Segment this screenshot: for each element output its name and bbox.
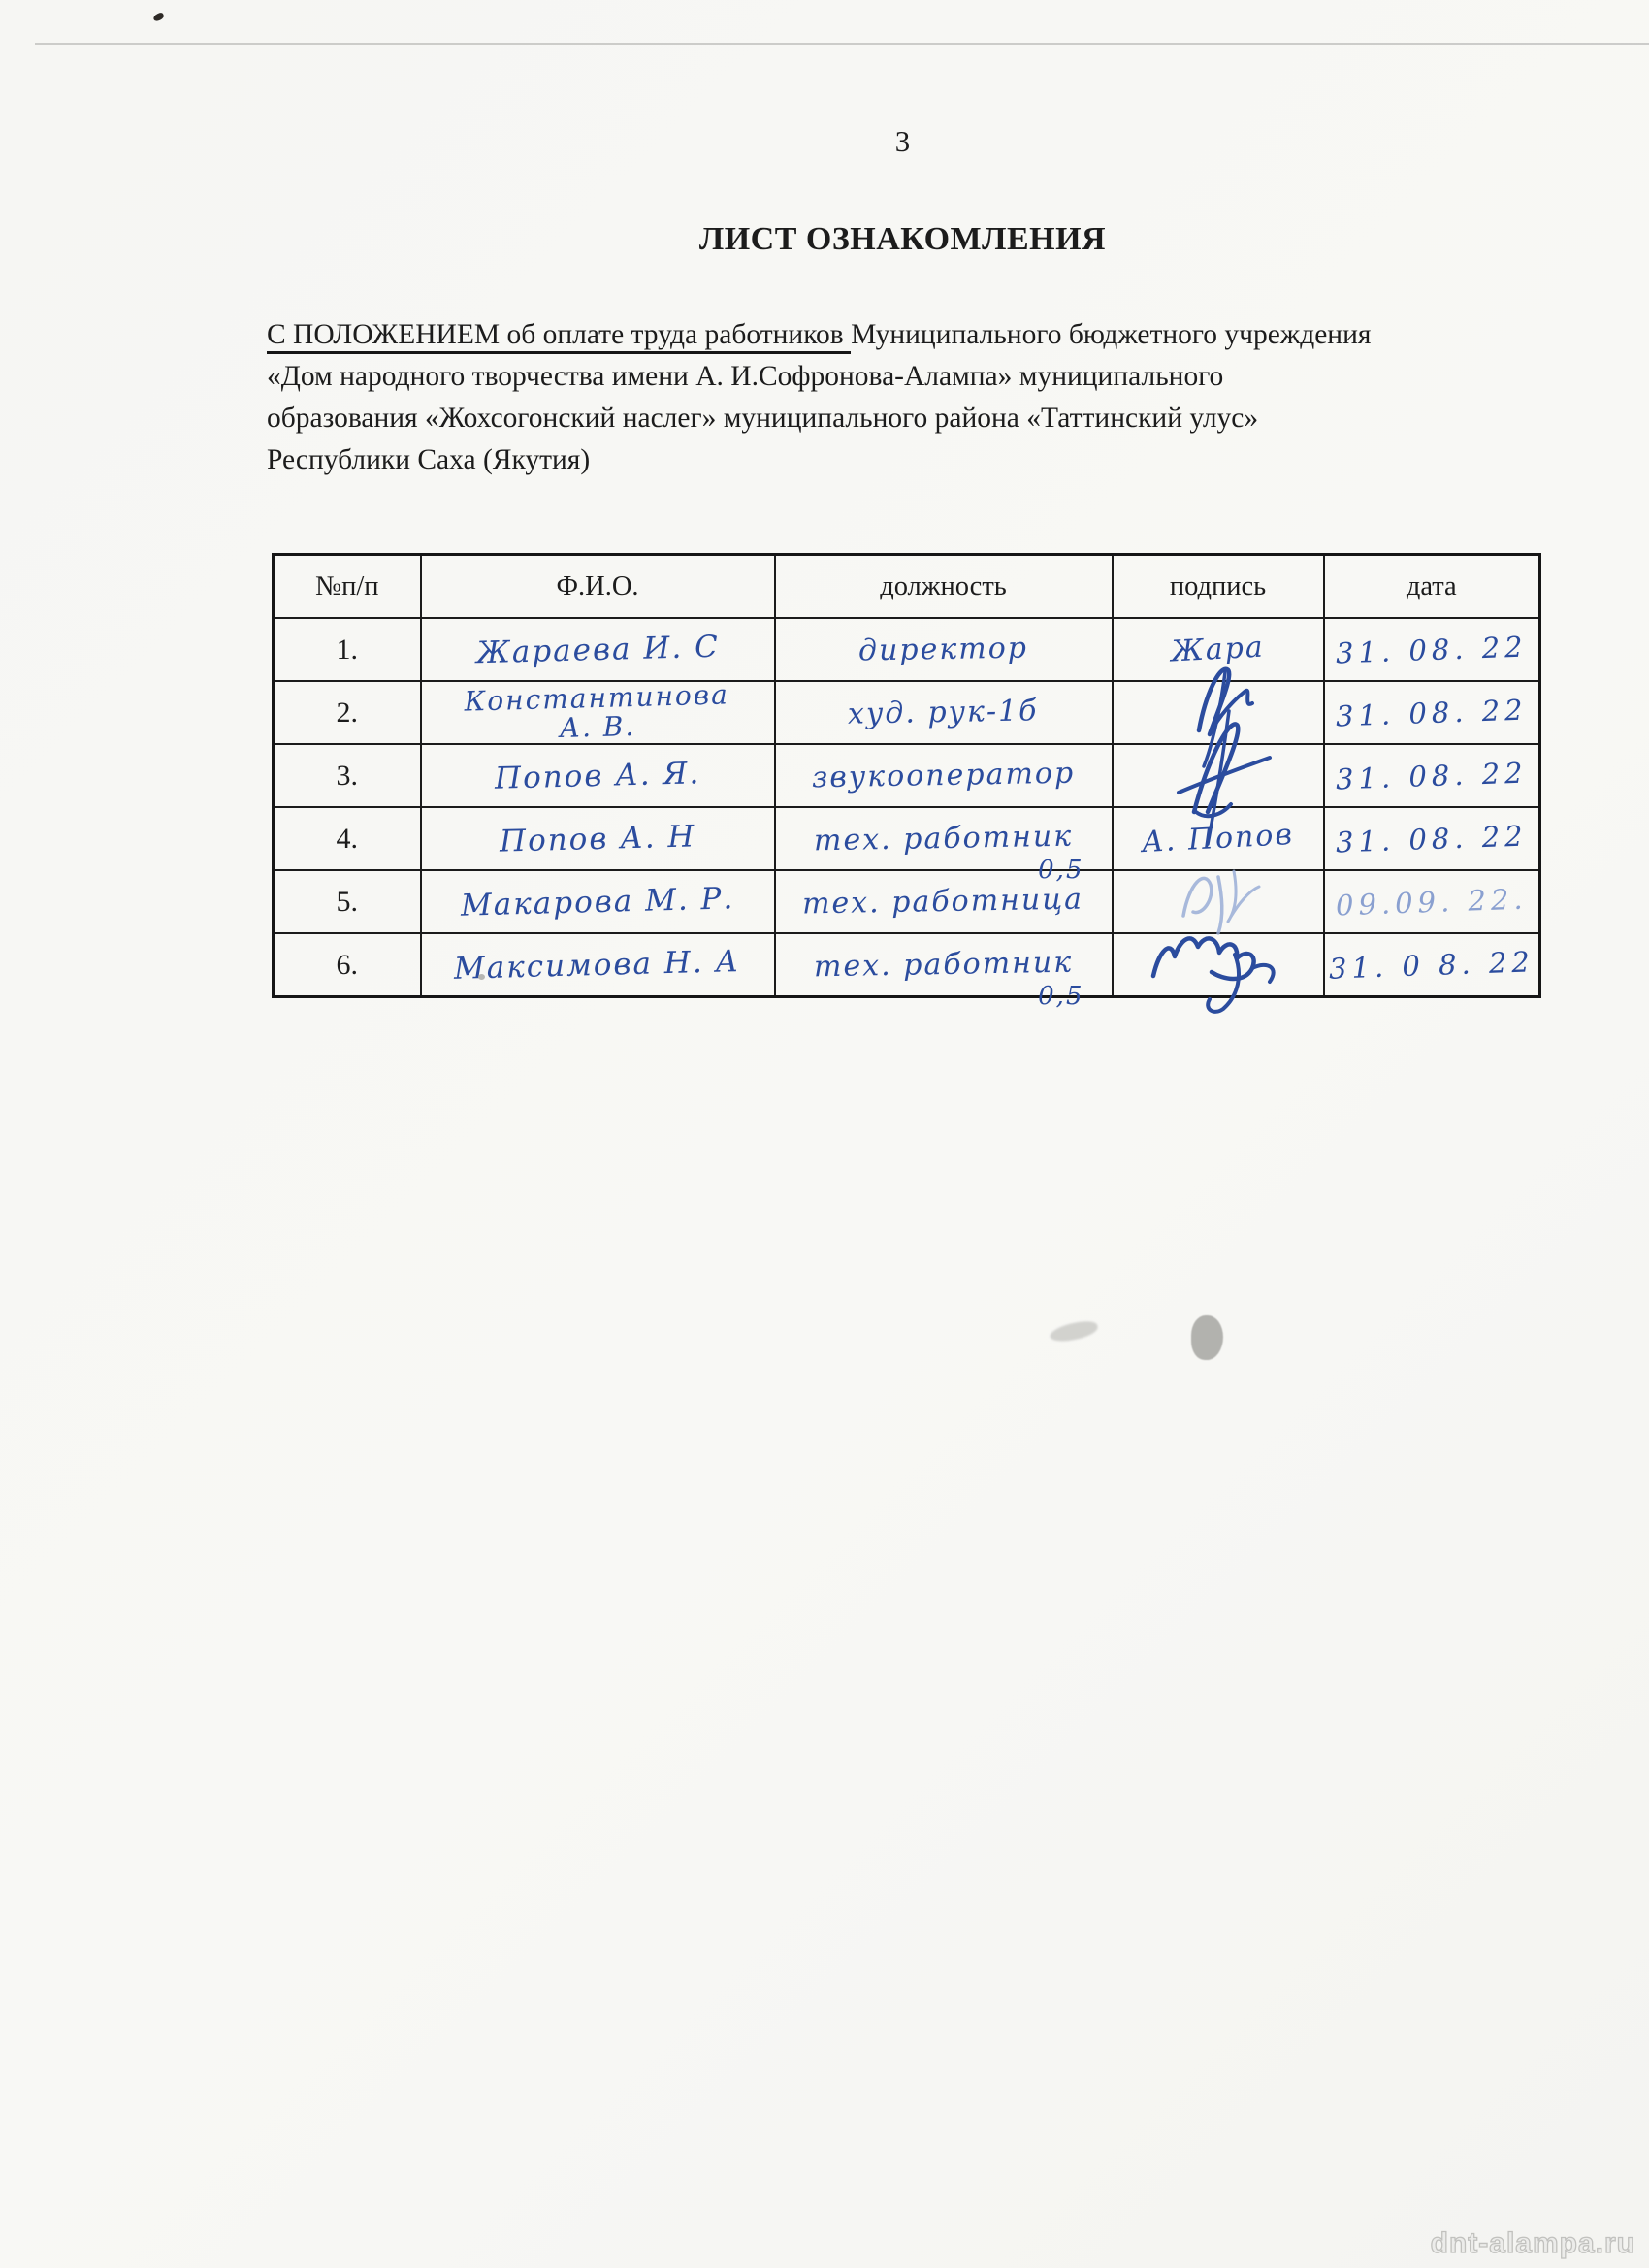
site-watermark: dnt-alampa.ru (1431, 2227, 1635, 2260)
handwritten-position: тех. работница (802, 882, 1084, 921)
document-title: ЛИСТ ОЗНАКОМЛЕНИЯ (267, 221, 1538, 258)
handwritten-position: звукооператор (812, 757, 1076, 795)
position-cell: директор (775, 618, 1113, 681)
intro-line-1-rest: Муниципального бюджетного учреждения (851, 319, 1371, 350)
handwritten-position-fraction: 0,5 (1038, 856, 1083, 885)
fio-cell: КонстантиноваА. В. (421, 681, 775, 744)
handwritten-name: Жараева И. С (475, 629, 720, 670)
intro-line-3: образования «Жохсогонский наслег» муници… (267, 398, 1371, 439)
handwritten-date: 31. 08. 22 (1335, 819, 1528, 859)
date-cell: 31. 08. 22 (1324, 744, 1540, 807)
header-num: №п/п (274, 555, 421, 619)
row-number-cell: 6. (274, 933, 421, 997)
handwritten-date: 31. 08. 22 (1335, 693, 1528, 732)
handwritten-position-fraction: 0,5 (1038, 982, 1083, 1011)
date-cell: 31. 0 8. 22 (1324, 933, 1540, 997)
position-cell: тех. работник 0,5 (775, 933, 1113, 997)
signature-table: №п/п Ф.И.О. должность подпись дата 1. Жа… (272, 553, 1541, 998)
table-row: 3. Попов А. Я. звукооператор 31. 08. 22 (274, 744, 1540, 807)
header-date: дата (1324, 555, 1540, 619)
signature-scribble (1126, 912, 1310, 1019)
intro-line-4: Республики Саха (Якутия) (267, 439, 1371, 481)
table-header-row: №п/п Ф.И.О. должность подпись дата (274, 555, 1540, 619)
signature-cell (1113, 933, 1324, 997)
fio-cell: Попов А. Я. (421, 744, 775, 807)
scan-artifact-speck (152, 12, 165, 22)
handwritten-position: худ. рук-1б (848, 694, 1039, 730)
fio-cell: Попов А. Н (421, 807, 775, 870)
table-row: 4. Попов А. Н тех. работник 0,5 А. Попов… (274, 807, 1540, 870)
handwritten-position: директор (858, 631, 1029, 667)
intro-line-2: «Дом народного творчества имени А. И.Соф… (267, 356, 1371, 398)
position-cell: тех. работник 0,5 (775, 807, 1113, 870)
handwritten-date: 31. 08. 22 (1335, 756, 1528, 795)
row-number-cell: 4. (274, 807, 421, 870)
handwritten-position: тех. работник (814, 946, 1074, 985)
handwritten-name: Максимова Н. А (454, 944, 741, 987)
row-number-cell: 5. (274, 870, 421, 933)
scan-artifact-line (35, 43, 1649, 45)
row-number-cell: 3. (274, 744, 421, 807)
intro-line-1: С ПОЛОЖЕНИЕМ об оплате труда работников … (267, 314, 1371, 356)
header-signature: подпись (1113, 555, 1324, 619)
date-cell: 31. 08. 22 (1324, 681, 1540, 744)
handwritten-date: 09.09. 22. (1335, 882, 1528, 922)
table-row: 6. Максимова Н. А тех. работник 0,5 31. … (274, 933, 1540, 997)
date-cell: 31. 08. 22 (1324, 807, 1540, 870)
handwritten-name: Попов А. Я. (494, 756, 700, 796)
fio-cell: Макарова М. Р. (421, 870, 775, 933)
table-row: 2. КонстантиноваА. В. худ. рук-1б 31. 08… (274, 681, 1540, 744)
row-number-cell: 1. (274, 618, 421, 681)
table-row: 5. Макарова М. Р. тех. работница 09.09. … (274, 870, 1540, 933)
scan-artifact-dot (478, 974, 485, 980)
page-number: 3 (267, 124, 1538, 159)
intro-underlined-text: С ПОЛОЖЕНИЕМ об оплате труда работников (267, 319, 851, 354)
intro-paragraph: С ПОЛОЖЕНИЕМ об оплате труда работников … (267, 314, 1371, 481)
date-cell: 31. 08. 22 (1324, 618, 1540, 681)
fio-cell: Жараева И. С (421, 618, 775, 681)
handwritten-date: 31. 0 8. 22 (1328, 945, 1535, 985)
handwritten-position: тех. работник (814, 820, 1074, 859)
position-cell: звукооператор (775, 744, 1113, 807)
position-cell: худ. рук-1б (775, 681, 1113, 744)
handwritten-name: Макарова М. Р. (460, 881, 734, 923)
signature-cell (1113, 744, 1324, 807)
signature-scribble (1146, 703, 1291, 849)
scan-smudge-smear (1049, 1319, 1099, 1344)
date-cell: 09.09. 22. (1324, 870, 1540, 933)
row-number-cell: 2. (274, 681, 421, 744)
header-position: должность (775, 555, 1113, 619)
handwritten-name: Попов А. Н (499, 819, 695, 859)
handwritten-date: 31. 08. 22 (1335, 630, 1528, 669)
header-fio: Ф.И.О. (421, 555, 775, 619)
handwritten-name: КонстантиноваА. В. (465, 680, 731, 745)
fio-cell: Максимова Н. А (421, 933, 775, 997)
scan-smudge-blob (1191, 1315, 1223, 1360)
table-row: 1. Жараева И. С директор Жара 31. 08. 22 (274, 618, 1540, 681)
